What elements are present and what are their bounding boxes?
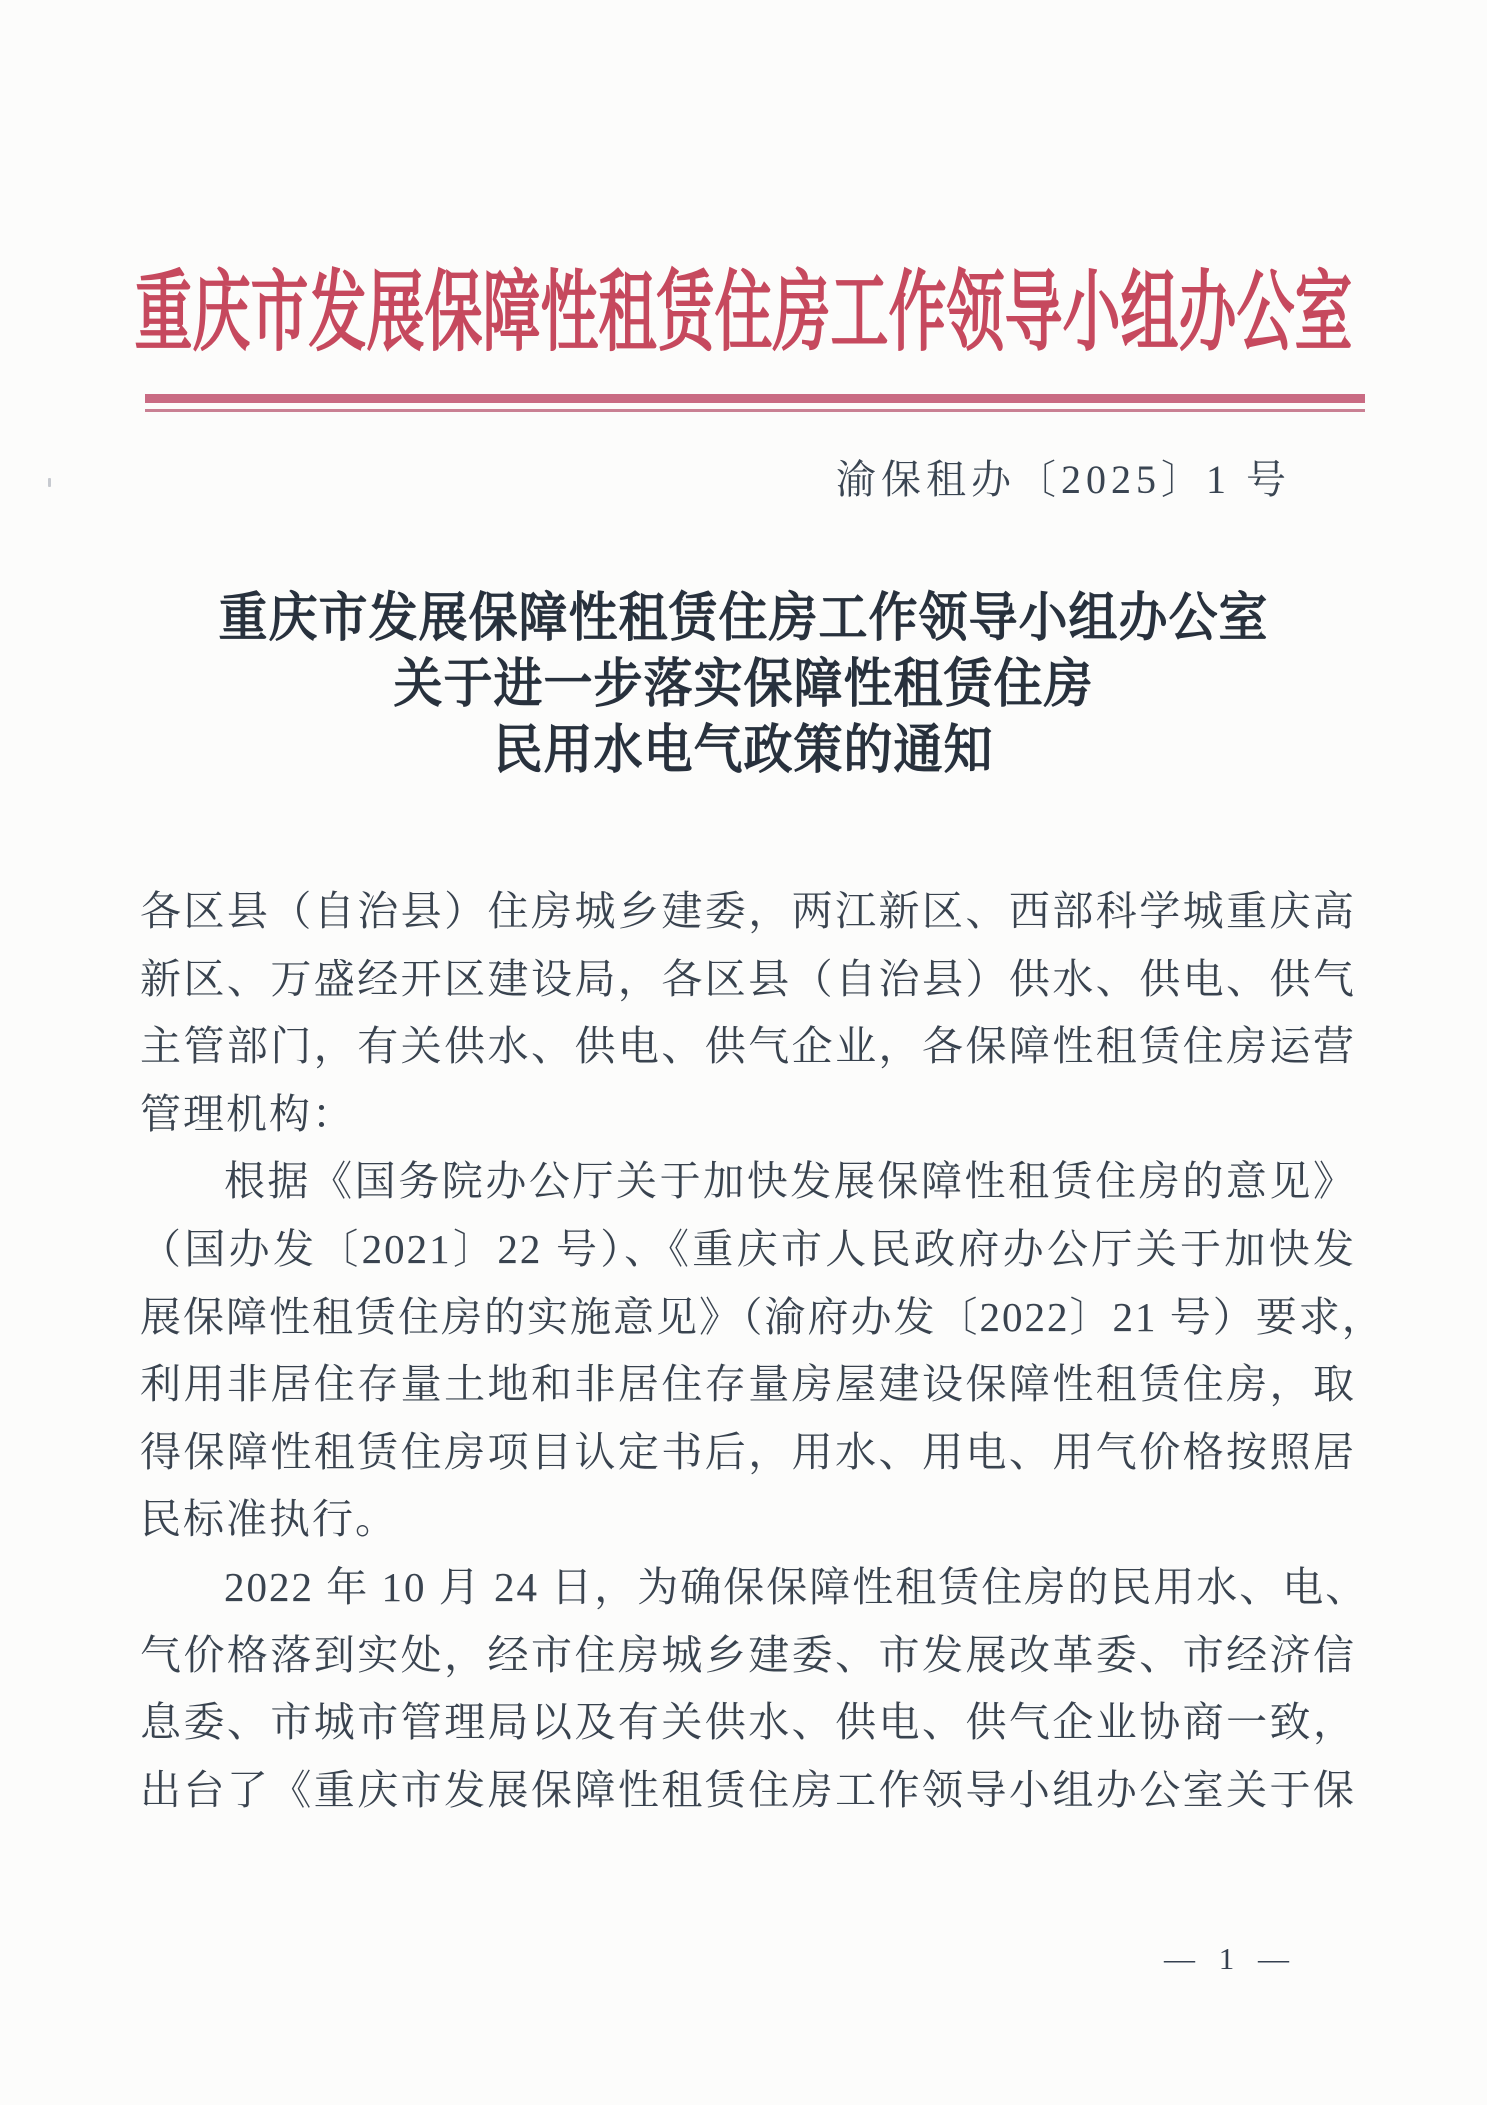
divider-thin-line xyxy=(145,409,1365,412)
divider-thick-line xyxy=(145,394,1365,403)
body-line: 得保障性租赁住房项目认定书后，用水、用电、用气价格按照居 xyxy=(140,1419,1356,1487)
body-line: 各区县（自治县）住房城乡建委，两江新区、西部科学城重庆高 xyxy=(140,878,1356,946)
body-line: 新区、万盛经开区建设局，各区县（自治县）供水、供电、供气 xyxy=(140,946,1356,1014)
scan-artifact xyxy=(48,478,51,487)
body-line: 根据《国务院办公厅关于加快发展保障性租赁住房的意见》 xyxy=(140,1148,1356,1216)
title-line-3: 民用水电气政策的通知 xyxy=(0,714,1487,785)
body-line: 2022 年 10 月 24 日，为确保保障性租赁住房的民用水、电、 xyxy=(140,1554,1356,1622)
body-line: 民标准执行。 xyxy=(140,1486,1356,1554)
letterhead-org-name: 重庆市发展保障性租赁住房工作领导小组办公室 xyxy=(134,180,1352,368)
body-line: 利用非居住存量土地和非居住存量房屋建设保障性租赁住房，取 xyxy=(140,1351,1356,1419)
body-line: 管理机构： xyxy=(140,1081,1356,1149)
title-line-1: 重庆市发展保障性租赁住房工作领导小组办公室 xyxy=(0,582,1487,653)
page-number: — 1 — xyxy=(1164,1941,1297,1977)
document-body: 各区县（自治县）住房城乡建委，两江新区、西部科学城重庆高 新区、万盛经开区建设局… xyxy=(140,878,1356,1824)
document-page: 重庆市发展保障性租赁住房工作领导小组办公室 渝保租办〔2025〕1 号 重庆市发… xyxy=(0,0,1487,2105)
body-line: 息委、市城市管理局以及有关供水、供电、供气企业协商一致， xyxy=(140,1689,1356,1757)
body-line: 气价格落到实处，经市住房城乡建委、市发展改革委、市经济信 xyxy=(140,1622,1356,1690)
body-line: 展保障性租赁住房的实施意见》（渝府办发〔2022〕21 号）要求， xyxy=(140,1284,1356,1352)
letterhead-divider xyxy=(145,394,1365,412)
body-line: 出台了《重庆市发展保障性租赁住房工作领导小组办公室关于保 xyxy=(140,1757,1356,1825)
body-line: （国办发〔2021〕22 号）、《重庆市人民政府办公厅关于加快发 xyxy=(140,1216,1356,1284)
body-line: 主管部门，有关供水、供电、供气企业，各保障性租赁住房运营 xyxy=(140,1013,1356,1081)
title-line-2: 关于进一步落实保障性租赁住房 xyxy=(0,648,1487,719)
document-title: 重庆市发展保障性租赁住房工作领导小组办公室 关于进一步落实保障性租赁住房 民用水… xyxy=(0,585,1487,783)
document-number: 渝保租办〔2025〕1 号 xyxy=(836,448,1291,505)
letterhead: 重庆市发展保障性租赁住房工作领导小组办公室 xyxy=(0,212,1487,336)
